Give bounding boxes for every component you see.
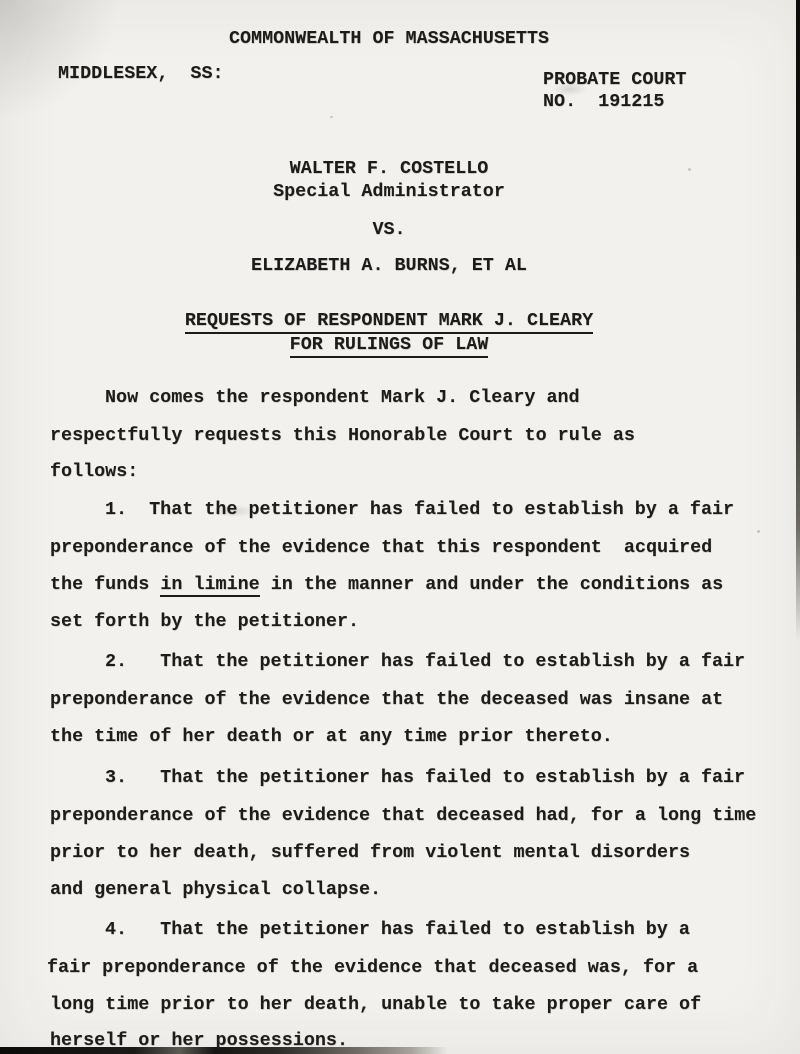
caption-petitioner-name: WALTER F. COSTELLO xyxy=(0,159,778,179)
para4-line-2: fair preponderance of the evidence that … xyxy=(47,958,698,978)
para3-line-4: and general physical collapse. xyxy=(50,880,381,900)
para3-line-1: 3. That the petitioner has failed to est… xyxy=(105,768,745,788)
para1-line-1: 1. That the petitioner has failed to est… xyxy=(105,500,734,520)
caption-respondents: ELIZABETH A. BURNS, ET AL xyxy=(0,256,778,276)
para1-line-4: set forth by the petitioner. xyxy=(50,612,359,632)
para2-line-3: the time of her death or at any time pri… xyxy=(50,727,613,747)
document-title-line1-text: REQUESTS OF RESPONDENT MARK J. CLEARY xyxy=(185,311,593,334)
scanned-court-document: COMMONWEALTH OF MASSACHUSETTS MIDDLESEX,… xyxy=(0,0,800,1054)
para2-line-1: 2. That the petitioner has failed to est… xyxy=(105,652,745,672)
scan-edge-right xyxy=(796,0,800,660)
scan-speck xyxy=(757,530,760,533)
header-court: PROBATE COURT xyxy=(543,70,686,90)
header-commonwealth: COMMONWEALTH OF MASSACHUSETTS xyxy=(0,29,778,49)
intro-line-1: Now comes the respondent Mark J. Cleary … xyxy=(105,388,580,408)
scan-shade-topleft xyxy=(0,0,120,120)
para3-line-2: preponderance of the evidence that decea… xyxy=(50,806,756,826)
intro-line-3: follows: xyxy=(50,462,138,482)
caption-petitioner-role: Special Administrator xyxy=(0,182,778,202)
document-title-line2: FOR RULINGS OF LAW xyxy=(0,335,778,358)
para3-line-3: prior to her death, suffered from violen… xyxy=(50,843,690,863)
scan-speck xyxy=(330,116,333,118)
para1-line-3-post: in the manner and under the conditions a… xyxy=(260,574,724,595)
document-title-line2-text: FOR RULINGS OF LAW xyxy=(290,335,489,358)
caption-versus: VS. xyxy=(0,220,778,240)
document-title-line1: REQUESTS OF RESPONDENT MARK J. CLEARY xyxy=(0,311,778,334)
para4-line-1: 4. That the petitioner has failed to est… xyxy=(105,920,690,940)
para1-line-3: the funds in limine in the manner and un… xyxy=(50,575,723,595)
header-venue: MIDDLESEX, SS: xyxy=(58,64,224,84)
para4-line-4: herself or her possessions. xyxy=(50,1031,348,1051)
para2-line-2: preponderance of the evidence that the d… xyxy=(50,690,723,710)
para4-line-3: long time prior to her death, unable to … xyxy=(50,995,701,1015)
para1-line-2: preponderance of the evidence that this … xyxy=(50,538,712,558)
intro-line-2: respectfully requests this Honorable Cou… xyxy=(50,426,635,446)
para1-line-3-pre: the funds xyxy=(50,574,160,595)
latin-phrase-underlined: in limine xyxy=(160,574,259,597)
header-case-number: NO. 191215 xyxy=(543,92,664,112)
